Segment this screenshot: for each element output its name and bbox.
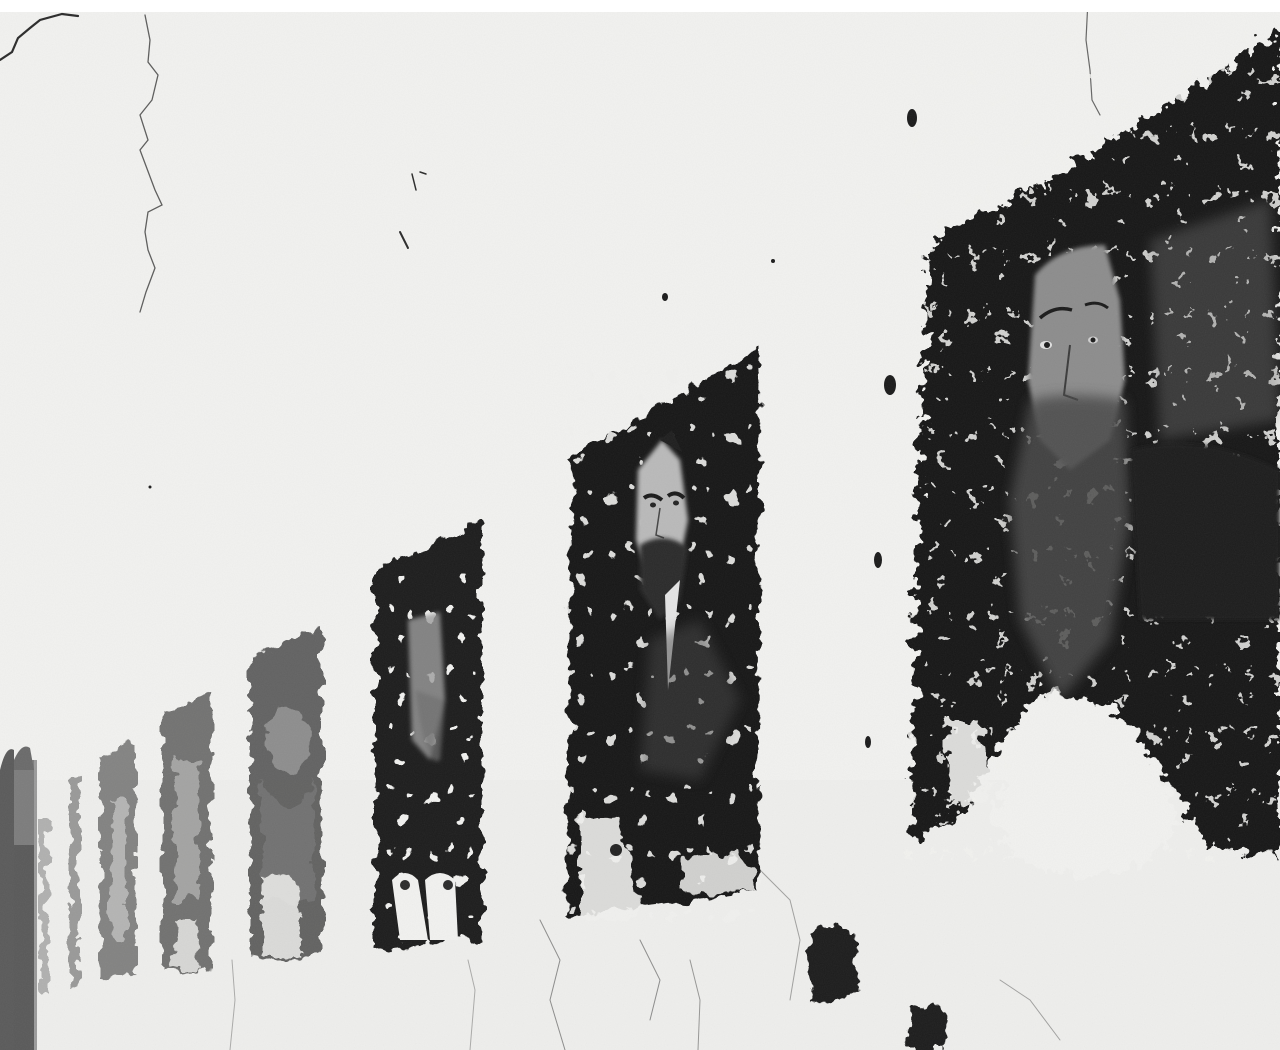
wall-scene: faint, mostly flaked narrow panel neares… bbox=[0, 0, 1280, 1050]
fresco-wall-photograph: faint, mostly flaked narrow panel neares… bbox=[0, 0, 1280, 1050]
photo-top-margin bbox=[0, 0, 1280, 12]
film-grain bbox=[0, 0, 1280, 1050]
